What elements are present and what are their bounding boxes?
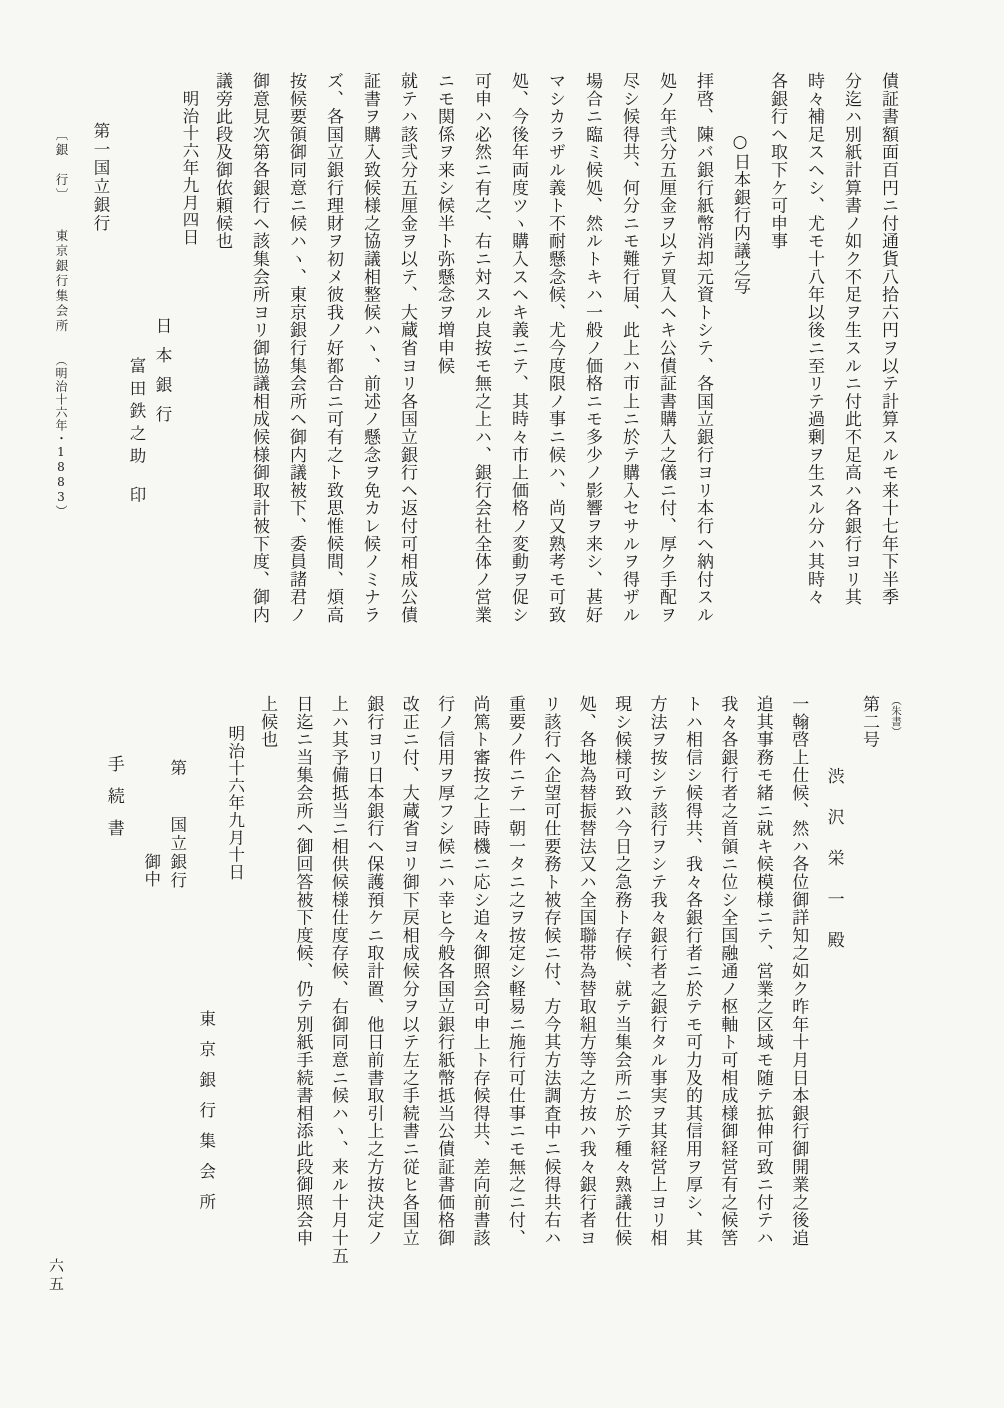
addressee-name: 国立銀行 (168, 816, 187, 890)
doc2-body-line: 重要ノ件ニテ一朝一タニ之ヲ按定シ軽易ニ施行可仕事ニモ無之ニ付、 (497, 695, 532, 1265)
document-1-letter: 債証書額面百円ニ付通貨八拾六円ヲ以テ計算スルモ来十七年下半季 分迄ハ別紙計算書ノ… (45, 72, 906, 638)
doc1-source-citation: 〔銀 行〕東京銀行集会所（明治十六年・1883） (45, 72, 77, 638)
doc2-honorific: 御中 (139, 695, 163, 1265)
doc1-signer-organization: 日本銀行 (149, 72, 175, 638)
red-note-annotation: （朱書） (890, 695, 901, 737)
doc1-continuation-line: 各銀行ヘ取下ケ可申事 (758, 72, 795, 638)
doc2-addressee: 第国立銀行 (163, 695, 191, 1265)
document-2-letter: （朱書）第二号 渋沢栄一殿 一翰啓上仕候、然ハ各位御詳知之如ク昨年十月日本銀行御… (97, 695, 886, 1265)
doc2-body-line: 行ノ信用ヲ厚フシ候ニハ幸ヒ今般各国立銀行紙幣抵当公債証書価格御 (426, 695, 461, 1265)
doc2-date: 明治十六年九月十日 (221, 695, 249, 1265)
doc2-body-line: リ該行ヘ企望可仕要務ト被存候ニ付、方今其方法調査中ニ候得共右ハ (532, 695, 567, 1265)
doc1-body-line: 就テハ該弐分五厘金ヲ以テ、大蔵省ヨリ各国立銀行ヘ返付可相成公債 (388, 72, 425, 638)
doc1-body-line: 処ノ年弐分五厘金ヲ以テ買入ヘキ公債証書購入之儀ニ付、厚ク手配ヲ (647, 72, 684, 638)
doc2-body-line: 尚篤ト審按之上時機ニ応シ追々御照会可申上ト存候得共、差向前書該 (461, 695, 496, 1265)
doc1-continuation-line: 分迄ハ別紙計算書ノ如ク不足ヲ生スルニ付此不足高ハ各銀行ヨリ其 (832, 72, 869, 638)
doc2-sender-organization: 東京銀行集会所 (191, 695, 221, 1265)
doc1-body-line: 可申ハ必然ニ有之、右ニ対スル良按モ無之上ハ、銀行会社全体ノ営業 (462, 72, 499, 638)
addressee-prefix: 第 (168, 759, 187, 778)
book-page-scan: { "page": { "number_label": "六五" }, "doc… (0, 0, 1004, 1408)
doc2-number: 第二号 (859, 695, 879, 748)
doc1-date: 明治十六年九月四日 (175, 72, 203, 638)
doc2-body-line: 上候也 (249, 695, 284, 1265)
doc2-number-line: （朱書）第二号 (851, 695, 886, 1265)
doc2-recipient: 渋沢栄一殿 (815, 695, 850, 1265)
doc2-body-line: 方法ヲ按シテ該行ヲシテ我々銀行者之銀行タル事実ヲ其経営上ヨリ相 (638, 695, 673, 1265)
doc1-body-line: 証書ヲ購入致候様之協議相整候ハヽ、前述ノ懸念ヲ免カレ候ノミナラ (351, 72, 388, 638)
page-number: 六五 (46, 1258, 67, 1294)
doc1-body-line: 処、今後年両度ツヽ購入スヘキ義ニテ、其時々市上価格ノ変動ヲ促シ (499, 72, 536, 638)
doc2-body-line: トハ相信シ候得共、我々各銀行者ニ於テモ可力及的其信用ヲ厚シ、其 (674, 695, 709, 1265)
doc1-body-line: マシカラザル義ト不耐懸念候、尤今度限ノ事ニ候ハ、尚又熟考モ可致 (536, 72, 573, 638)
doc2-body-line: 一翰啓上仕候、然ハ各位御詳知之如ク昨年十月日本銀行御開業之後追 (780, 695, 815, 1265)
signer-name-text: 富田鉄之助 (127, 357, 146, 470)
seal-mark: 印 (127, 486, 146, 509)
doc1-addressee: 第一国立銀行 (85, 72, 115, 638)
doc1-section-heading: ○日本銀行内議之写 (721, 72, 758, 638)
doc1-body-line: ニモ関係ヲ来シ候半ト弥懸念ヲ増申候 (425, 72, 462, 638)
doc2-body-line: 現シ候様可致ハ今日之急務ト存候、就テ当集会所ニ於テ種々熟議仕候 (603, 695, 638, 1265)
doc2-body-line: 改正ニ付、大蔵省ヨリ御下戻相成候分ヲ以テ左之手続書ニ従ヒ各国立 (390, 695, 425, 1265)
source-year: （明治十六年・1883） (54, 354, 68, 518)
doc2-body-line: 銀行ヨリ日本銀行ヘ保護預ケニ取計置、他日前書取引上之方按決定ノ (355, 695, 390, 1265)
doc2-appendix-heading: 手続書 (97, 695, 131, 1265)
source-category-bracket: 〔銀 行〕 (54, 128, 69, 203)
doc2-body-line: 追其事務モ緒ニ就キ候模様ニテ、営業之区域モ随テ拡伸可致ニ付テハ (744, 695, 779, 1265)
doc1-signer-name: 富田鉄之助印 (123, 72, 149, 638)
doc2-body-line: 処、各地為替振替法又ハ全国聯帯為替取組方等之方按ハ我々銀行者ヨ (567, 695, 602, 1265)
doc1-continuation-line: 債証書額面百円ニ付通貨八拾六円ヲ以テ計算スルモ来十七年下半季 (869, 72, 906, 638)
doc1-body-line: 議旁此段及御依頼候也 (203, 72, 240, 638)
doc2-body-line: 我々各銀行者之首領ニ位シ全国融通ノ枢軸ト可相成様御経営有之候筈 (709, 695, 744, 1265)
doc1-body-line: ズ、各国立銀行理財ヲ初メ彼我ノ好都合ニ可有之ト致思惟候間、煩高 (314, 72, 351, 638)
doc1-body-line: 按候要領御同意ニ候ハヽ、東京銀行集会所ヘ御内議被下、委員諸君ノ (277, 72, 314, 638)
doc1-body-line: 場合ニ臨ミ候処、然ルトキハ一般ノ価格ニモ多少ノ影響ヲ来シ、甚好 (573, 72, 610, 638)
doc1-body-line: 御意見次第各銀行ヘ該集会所ヨリ御協議相成候様御取計被下度、御内 (240, 72, 277, 638)
doc2-body-line: 上ハ其予備抵当ニ相供候様仕度存候、右御同意ニ候ハヽ、来ル十月十五 (320, 695, 355, 1265)
source-title: 東京銀行集会所 (54, 229, 69, 334)
doc1-body-line: 拝啓、陳バ銀行紙幣消却元資トシテ、各国立銀行ヨリ本行ヘ納付スル (684, 72, 721, 638)
doc2-body-line: 日迄ニ当集会所ヘ御回答被下度候、仍テ別紙手続書相添此段御照会申 (284, 695, 319, 1265)
doc1-continuation-line: 時々補足スヘシ、尤モ十八年以後ニ至リテ過剰ヲ生スル分ハ其時々 (795, 72, 832, 638)
doc1-body-line: 尽シ候得共、何分ニモ難行届、此上ハ市上ニ於テ購入セサルヲ得ザル (610, 72, 647, 638)
